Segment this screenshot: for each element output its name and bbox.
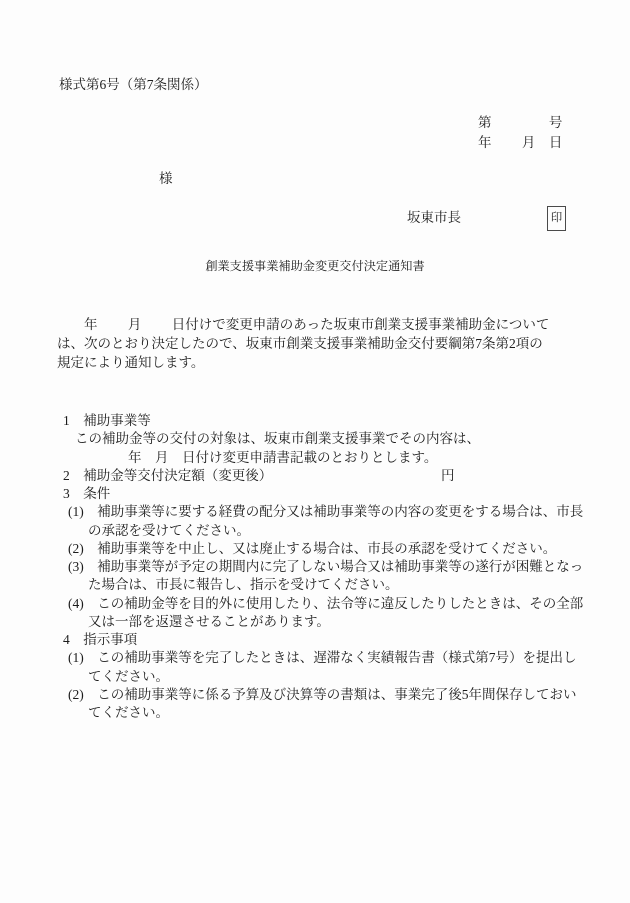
seal-mark: 印 xyxy=(551,213,563,225)
paragraph-line: は、次のとおり決定したので、坂東市創業支援事業補助金交付要綱第7条第2項の xyxy=(57,334,549,353)
body-line: 3 条件 xyxy=(0,485,630,503)
body-line: (2) 補助事業等を中止し、又は廃止する場合は、市長の承認を受けてください。 xyxy=(0,540,630,558)
body-line: (3) 補助事業等が予定の期間内に完了しない場合又は補助事業等の遂行が困難となっ xyxy=(0,558,630,576)
body-line: 年 月 日付け変更申請書記載のとおりとします。 xyxy=(0,449,630,467)
body-line: (2) この補助事業等に係る予算及び決算等の書類は、事業完了後5年間保存しておい xyxy=(0,686,630,704)
body-line: 4 指示事項 xyxy=(0,631,630,649)
doc-date-line: 年 月 日 xyxy=(478,134,562,152)
body-line: (1) この補助事業等を完了したときは、遅滞なく実績報告書（様式第7号）を提出し xyxy=(0,649,630,667)
document-title: 創業支援事業補助金変更交付決定通知書 xyxy=(0,257,630,274)
body-line: てください。 xyxy=(0,704,630,722)
body-line: 又は一部を返還させることがあります。 xyxy=(0,613,630,631)
body-line: (4) この補助金等を目的外に使用したり、法令等に違反したりしたときは、その全部 xyxy=(0,595,630,613)
body-line: 2 補助金等交付決定額（変更後） 円 xyxy=(0,467,630,485)
body-line: の承認を受けてください。 xyxy=(0,522,630,540)
document-page: 様式第6号（第7条関係） 第 号 年 月 日 様 坂東市長 印 創業支援事業補助… xyxy=(0,0,630,903)
doc-number-line: 第 号 xyxy=(478,114,562,132)
paragraph-line: 年 月 日付けで変更申請のあった坂東市創業支援事業補助金について xyxy=(57,315,549,334)
body-line: 1 補助事業等 xyxy=(0,412,630,430)
addressee-line: 様 xyxy=(159,170,173,188)
body-line: た場合は、市長に報告し、指示を受けてください。 xyxy=(0,576,630,594)
body-line: (1) 補助事業等に要する経費の配分又は補助事業等の内容の変更をする場合は、市長 xyxy=(0,503,630,521)
paragraph-line: 規定により通知します。 xyxy=(57,353,549,372)
document-body: 1 補助事業等この補助金等の交付の対象は、坂東市創業支援事業でその内容は、年 月… xyxy=(0,412,630,722)
seal-box: 印 xyxy=(547,206,566,231)
sender-name: 坂東市長 xyxy=(407,209,461,227)
form-number: 様式第6号（第7条関係） xyxy=(59,76,208,94)
body-line: この補助金等の交付の対象は、坂東市創業支援事業でその内容は、 xyxy=(0,430,630,448)
opening-paragraph: 年 月 日付けで変更申請のあった坂東市創業支援事業補助金については、次のとおり決… xyxy=(57,315,549,372)
body-line: てください。 xyxy=(0,668,630,686)
